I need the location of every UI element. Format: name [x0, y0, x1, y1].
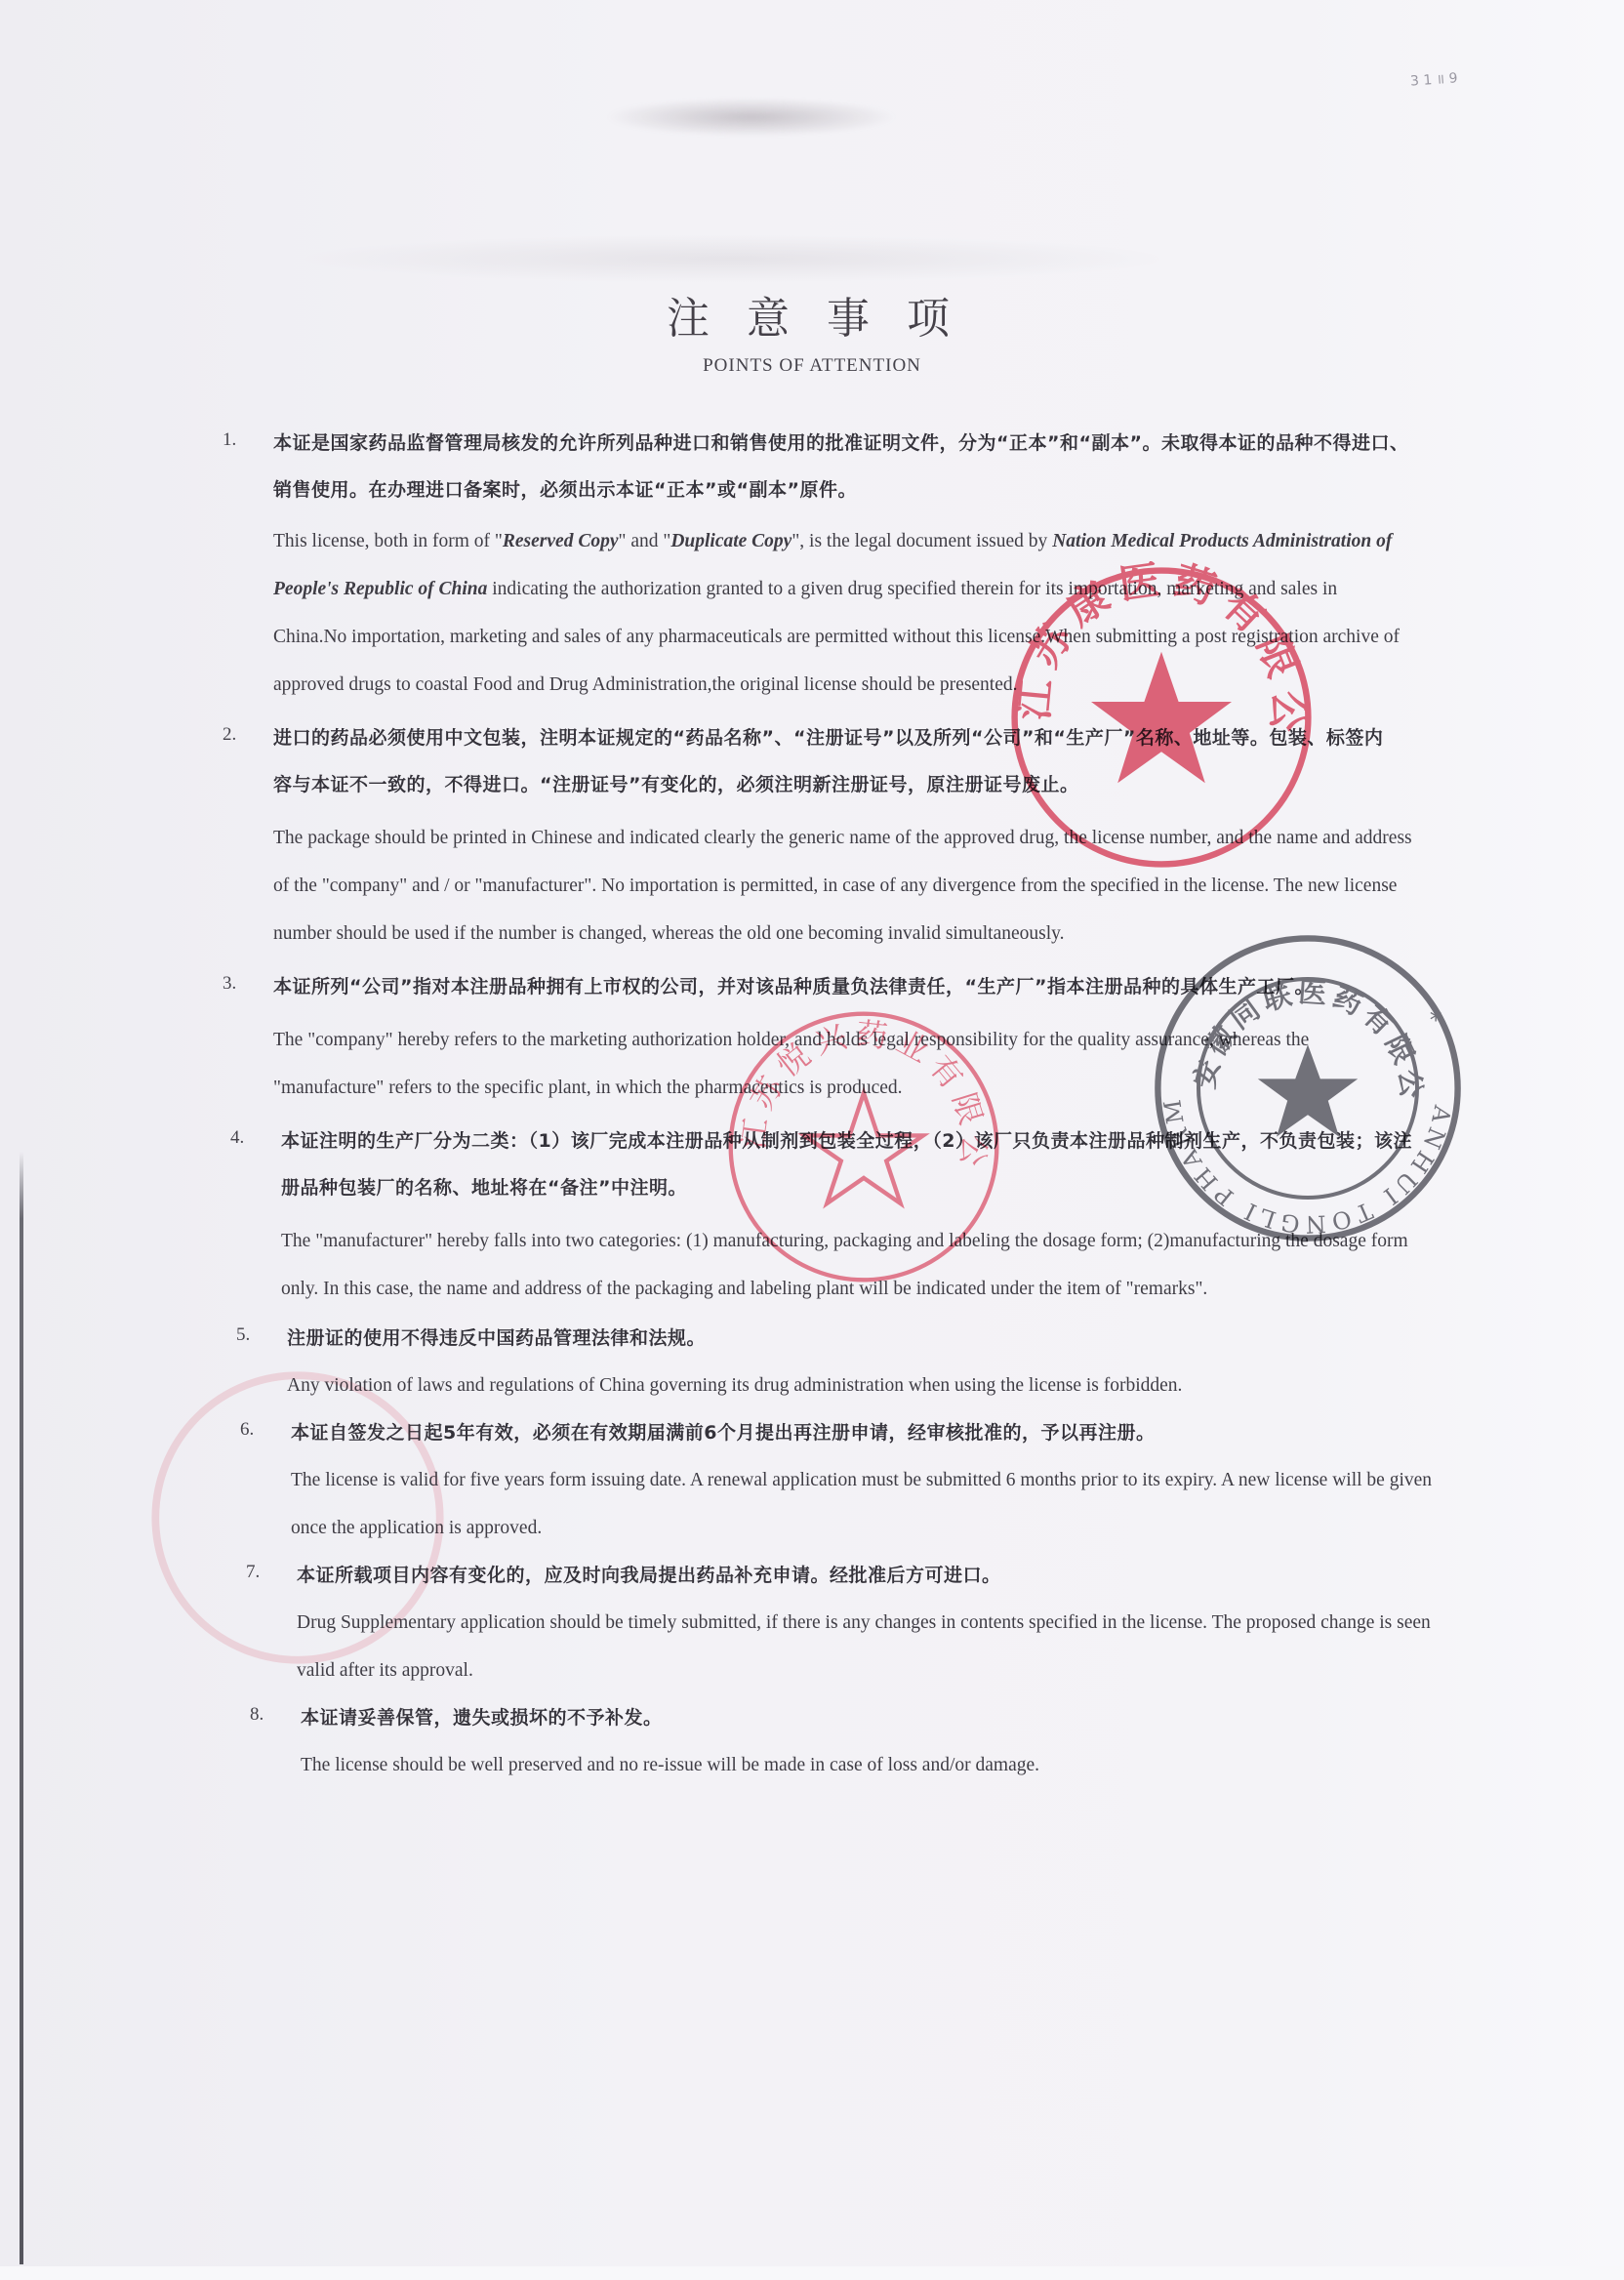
- item-number: 3.: [223, 973, 236, 995]
- item-text-en: The "manufacturer" hereby falls into two…: [281, 1217, 1423, 1313]
- attention-item: 4. 本证注明的生产厂分为二类：（1）该厂完成本注册品种从制剂到包装全过程，（2…: [230, 1118, 1441, 1313]
- item-text-cn: 本证请妥善保管，遗失或损坏的不予补发。: [301, 1694, 1460, 1741]
- item-number: 7.: [246, 1562, 260, 1583]
- item-text-cn: 本证是国家药品监督管理局核发的允许所列品种进口和销售使用的批准证明文件，分为“正…: [273, 420, 1415, 513]
- page-subtitle: POINTS OF ATTENTION: [0, 355, 1624, 377]
- page-title: 注意事项: [0, 283, 1624, 346]
- item-number: 5.: [236, 1324, 250, 1346]
- attention-item: 1. 本证是国家药品监督管理局核发的允许所列品种进口和销售使用的批准证明文件，分…: [223, 420, 1433, 709]
- bleed-through-mark: [293, 234, 1171, 283]
- item-text-cn: 注册证的使用不得违反中国药品管理法律和法规。: [287, 1315, 1446, 1362]
- handwritten-mark: 3 1 ॥ 9: [1409, 68, 1458, 90]
- item-text-cn: 本证所载项目内容有变化的，应及时向我局提出药品补充申请。经批准后方可进口。: [297, 1552, 1456, 1599]
- item-text-en: This license, both in form of "Reserved …: [273, 517, 1405, 709]
- attention-item: 2. 进口的药品必须使用中文包装，注明本证规定的“药品名称”、“注册证号”以及所…: [223, 714, 1433, 957]
- attention-item: 3. 本证所列“公司”指对本注册品种拥有上市权的公司，并对该品种质量负法律责任，…: [223, 963, 1433, 1112]
- item-number: 1.: [223, 429, 236, 451]
- item-number: 6.: [240, 1419, 254, 1441]
- item-text-cn: 本证所列“公司”指对本注册品种拥有上市权的公司，并对该品种质量负法律责任，“生产…: [273, 963, 1415, 1010]
- item-number: 2.: [223, 724, 236, 746]
- item-number: 8.: [250, 1704, 264, 1726]
- attention-item: 7. 本证所载项目内容有变化的，应及时向我局提出药品补充申请。经批准后方可进口。…: [246, 1552, 1456, 1694]
- scanned-page: 3 1 ॥ 9 注意事项 POINTS OF ATTENTION 1. 本证是国…: [0, 0, 1624, 2280]
- item-number: 4.: [230, 1127, 244, 1149]
- attention-item: 8. 本证请妥善保管，遗失或损坏的不予补发。 The license shoul…: [250, 1694, 1460, 1789]
- item-text-en: Any violation of laws and regulations of…: [287, 1362, 1429, 1409]
- item-text-cn: 本证自签发之日起5年有效，必须在有效期届满前6个月提出再注册申请，经审核批准的，…: [291, 1409, 1450, 1456]
- item-text-cn: 本证注明的生产厂分为二类：（1）该厂完成本注册品种从制剂到包装全过程，（2）该厂…: [281, 1118, 1423, 1211]
- bleed-through-mark: [605, 98, 898, 137]
- item-text-en: The package should be printed in Chinese…: [273, 814, 1415, 957]
- attention-item: 5. 注册证的使用不得违反中国药品管理法律和法规。 Any violation …: [236, 1315, 1446, 1409]
- item-text-en: The license is valid for five years form…: [291, 1456, 1433, 1552]
- attention-list: 1. 本证是国家药品监督管理局核发的允许所列品种进口和销售使用的批准证明文件，分…: [223, 420, 1433, 1789]
- item-text-en: The license should be well preserved and…: [301, 1741, 1442, 1789]
- attention-item: 6. 本证自签发之日起5年有效，必须在有效期届满前6个月提出再注册申请，经审核批…: [240, 1409, 1450, 1552]
- item-text-en: The "company" hereby refers to the marke…: [273, 1016, 1396, 1112]
- item-text-en: Drug Supplementary application should be…: [297, 1599, 1439, 1694]
- item-text-cn: 进口的药品必须使用中文包装，注明本证规定的“药品名称”、“注册证号”以及所列“公…: [273, 714, 1396, 808]
